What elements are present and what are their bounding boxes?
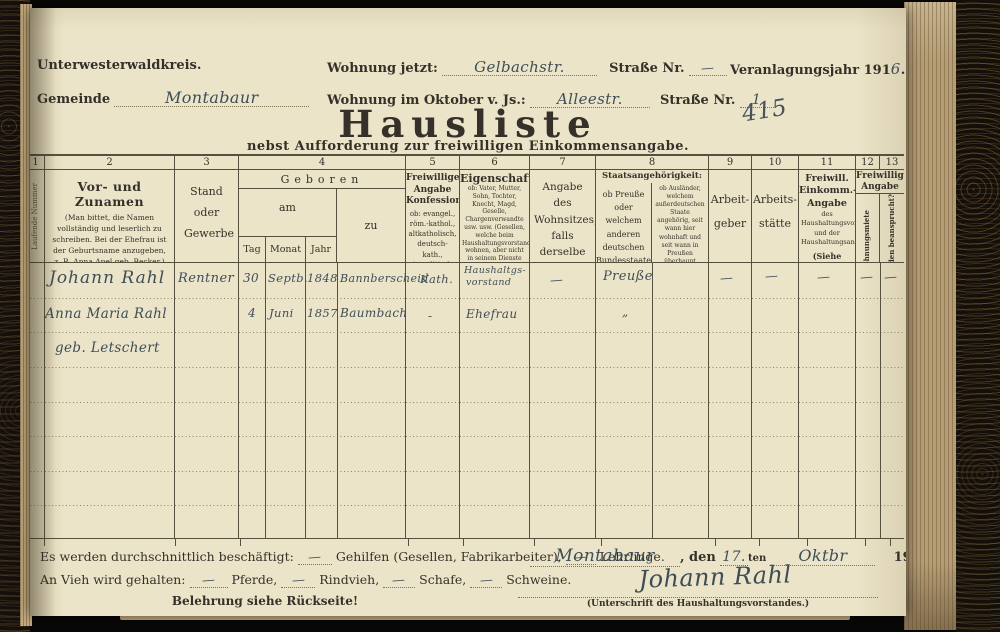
column-12-number: 12 <box>856 156 880 169</box>
column-3-number: 3 <box>175 156 238 170</box>
schweine-blank: — <box>470 574 502 588</box>
column-7-body: — <box>530 263 595 538</box>
column-11-note2: (Siehe Anmerkung 2 Rückseite) <box>799 251 855 263</box>
column-5-number: 5 <box>406 156 459 170</box>
entry-miete-row1: — <box>859 270 873 286</box>
gehilfen-blank: — <box>298 551 332 565</box>
beschaeftigt-label: Es werden durchschnittlich beschäftigt: <box>40 549 294 564</box>
schafe-label: Schafe, <box>419 572 466 587</box>
column-2-number: 2 <box>45 156 174 170</box>
column-6-note: ob: Vater, Mutter, Sohn, Tochter, Knecht… <box>460 185 529 263</box>
entry-name-row2-geb: geb. Letschert <box>55 340 160 356</box>
pferde-value-handwritten: — <box>201 574 215 588</box>
wohnung-jetzt-field: Wohnung jetzt: Gelbachstr. Straße Nr. — <box>327 60 727 76</box>
column-10-number: 10 <box>752 156 798 170</box>
document-page: Unterwesterwaldkreis. Gemeinde Montabaur… <box>30 8 906 616</box>
geboren-zu-label: zu <box>337 189 405 262</box>
column-5-note: ob: evangel., röm.-kathol., altkatholisc… <box>406 208 459 263</box>
column-6-body: Haushaltgs- vorstand Ehefrau <box>460 263 529 538</box>
column-5-label: Freiwillige Angabe Konfession <box>406 170 459 208</box>
ort-value-handwritten: Montabaur <box>530 546 680 567</box>
book-cover-right <box>956 0 1000 632</box>
column-13-number: 13 <box>880 156 904 169</box>
schafe-value-handwritten: — <box>392 574 406 588</box>
column-9-number: 9 <box>709 156 751 170</box>
column-7-label: Angabe des Wohnsitzes, falls derselbe ni… <box>530 170 595 263</box>
column-2-note: (Man bittet, die Namen vollständig und l… <box>45 212 174 263</box>
column-8-body: Preuße „ <box>596 263 708 538</box>
entry-eigenschaft-row1-line1: Haushaltgs- <box>464 265 526 276</box>
entry-wohnsitz-row1: — <box>549 273 563 289</box>
staat-sub-rechts: ob Ausländer, welchem außerdeutschen Sta… <box>652 183 708 263</box>
entry-jahr-row1: 1848 <box>307 271 338 285</box>
entry-monat-row1: Septb. <box>268 271 308 285</box>
column-11-einkommensangabe: 11 Freiwill. Einkomm.-Angabe des Haushal… <box>799 156 856 538</box>
entry-staat-row1: Preuße <box>603 269 653 284</box>
entry-geburtsort-row1: Bannberscheid <box>340 272 429 285</box>
veranlagungsjahr-period: . <box>901 63 906 78</box>
entry-abzuege-row1: — <box>883 270 897 286</box>
entry-jahr-row2: 1857 <box>307 306 338 320</box>
entry-stand-row1: Rentner <box>178 271 234 286</box>
column-11-body: — <box>799 263 855 538</box>
columns-12-13-freiwillige-angabe: 12 13 Freiwillige Angabe Zu zahlende Woh… <box>856 156 904 538</box>
column-6-eigenschaft: 6 Eigenschaft ob: Vater, Mutter, Sohn, T… <box>460 156 530 538</box>
column-1-body <box>30 263 44 538</box>
page-subtitle: nebst Aufforderung zur freiwilligen Eink… <box>168 139 768 154</box>
column-6-number: 6 <box>460 156 529 170</box>
pferde-label: Pferde, <box>231 572 277 587</box>
photo-of-book-page: { "header": { "kreis": "Unterwesterwaldk… <box>0 0 1000 632</box>
wohnung-jetzt-value-handwritten: Gelbachstr. <box>474 58 565 76</box>
column-3-body: Rentner <box>175 263 238 538</box>
column-9-label: Arbeit-geber <box>709 170 751 263</box>
entry-monat-row2: Juni <box>269 306 294 320</box>
entry-tag-row2: 4 <box>248 306 256 320</box>
pferde-blank: — <box>190 574 228 588</box>
entry-arbeitsstaette-row1: — <box>764 269 778 285</box>
column-3-label: Stand oder Gewerbe <box>175 170 238 263</box>
entry-staat-row2: „ <box>622 305 629 319</box>
entry-name-row2: Anna Maria Rahl <box>45 306 167 322</box>
geboren-am-label: am <box>239 189 336 236</box>
wohnung-jetzt-label: Wohnung jetzt: <box>327 61 438 76</box>
column-10-arbeitsstaette: 10 Arbeits-stätte — <box>752 156 799 538</box>
entry-arbeitgeber-row1: — <box>719 271 733 287</box>
vieh-label: An Vieh wird gehalten: <box>40 572 186 587</box>
column-1-laufende-nummer: 1 Laufende Nummer <box>30 156 45 538</box>
column-11-label: Freiwill. Einkomm.-Angabe <box>799 170 855 210</box>
gehilfen-label: Gehilfen (Gesellen, Fabrikarbeiter), <box>336 549 562 564</box>
strasse-nr-label-1: Straße Nr. <box>609 61 684 76</box>
column-9-arbeitgeber: 9 Arbeit-geber — <box>709 156 752 538</box>
column-2-body: Johann Rahl Anna Maria Rahl geb. Letsche… <box>45 263 174 538</box>
staat-label: Staatsangehörigkeit: <box>596 170 708 183</box>
column-4-number: 4 <box>239 156 405 170</box>
column-8-number: 8 <box>596 156 708 170</box>
wohnung-jetzt-blank: Gelbachstr. <box>442 60 597 76</box>
strasse-nr-blank-1: — <box>689 62 727 76</box>
signature-line <box>518 597 878 598</box>
geboren-jahr-label: Jahr <box>305 237 336 262</box>
signature-caption: (Unterschrift des Haushaltungsvorstandes… <box>518 599 878 609</box>
entry-name-row1: Johann Rahl <box>49 268 165 288</box>
group-12-13-label: Freiwillige Angabe <box>856 170 904 194</box>
entry-eigenschaft-row2: Ehefrau <box>466 307 517 321</box>
rindvieh-label: Rindvieh, <box>319 572 379 587</box>
column-2-namen: 2 Vor- und Zunamen (Man bittet, die Name… <box>45 156 175 538</box>
table-bottom-ticks <box>30 539 906 546</box>
column-8-staatsangehoerigkeit: 8 Staatsangehörigkeit: ob Preuße oder we… <box>596 156 709 538</box>
veranlagungsjahr-label: Veranlagungsjahr 191 <box>730 63 891 78</box>
column-1-label: Laufende Nummer <box>31 183 39 250</box>
district-label: Unterwesterwaldkreis. <box>37 58 201 73</box>
schweine-value-handwritten: — <box>479 574 493 588</box>
page-stack-right <box>904 2 960 630</box>
column-7-number: 7 <box>530 156 595 170</box>
entry-konfession-row2: - <box>428 309 432 323</box>
column-10-label: Arbeits-stätte <box>752 170 798 263</box>
entry-konfession-row1: Kath. <box>420 272 453 286</box>
belehrung-note: Belehrung siehe Rückseite! <box>70 594 460 608</box>
geboren-tag-label: Tag <box>239 237 265 262</box>
column-4-geboren: 4 Geboren am Tag Monat Jahr zu <box>239 156 406 538</box>
entry-tag-row1: 30 <box>243 271 259 285</box>
geboren-monat-label: Monat <box>265 237 305 262</box>
column-6-label: Eigenschaft <box>460 170 529 185</box>
column-1-number: 1 <box>30 156 44 170</box>
veranlagungsjahr-digit-handwritten: 6 <box>891 60 901 78</box>
gehilfen-value-handwritten: — <box>308 551 322 565</box>
strasse-nr-value-1-handwritten: — <box>701 62 715 76</box>
column-7-wohnsitz: 7 Angabe des Wohnsitzes, falls derselbe … <box>530 156 596 538</box>
column-5-konfession: 5 Freiwillige Angabe Konfession ob: evan… <box>406 156 460 538</box>
column-4-body: 30 4 Septb. Juni 1848 1857 Bannberscheid… <box>239 263 405 538</box>
column-11-number: 11 <box>799 156 855 170</box>
jahr-value: 1916 <box>894 550 906 565</box>
footer-vieh-line: An Vieh wird gehalten: — Pferde, — Rindv… <box>40 572 571 588</box>
geboren-label: Geboren <box>239 170 405 189</box>
column-13-label: Welche Abzüge werden beansprucht? <box>888 194 896 263</box>
gemeinde-label: Gemeinde <box>37 92 110 107</box>
entry-eigenschaft-row1-line2: vorstand <box>466 277 511 288</box>
entry-geburtsort-row2: Baumbach <box>340 306 408 320</box>
rindvieh-value-handwritten: — <box>291 574 305 588</box>
staat-sub-links: ob Preuße oder welchem anderen deutschen… <box>596 183 652 263</box>
column-3-stand: 3 Stand oder Gewerbe Rentner <box>175 156 239 538</box>
column-9-body: — <box>709 263 751 538</box>
column-2-label: Vor- und Zunamen <box>45 179 174 209</box>
veranlagungsjahr-field: Veranlagungsjahr 1916. <box>730 60 905 78</box>
column-11-note: des Haushaltungsvorstandes und der Haush… <box>799 210 855 248</box>
rindvieh-blank: — <box>281 574 315 588</box>
column-12-label: Zu zahlende Wohnungsmiete <box>863 210 871 263</box>
entry-einkommen-row1: — <box>816 270 830 286</box>
hausliste-table: 1 Laufende Nummer 2 Vor- und Zunamen (Ma… <box>30 154 904 539</box>
columns-12-13-body: — — <box>856 263 904 538</box>
column-10-body: — <box>752 263 798 538</box>
column-5-body: Kath. - <box>406 263 459 538</box>
schafe-blank: — <box>383 574 415 588</box>
